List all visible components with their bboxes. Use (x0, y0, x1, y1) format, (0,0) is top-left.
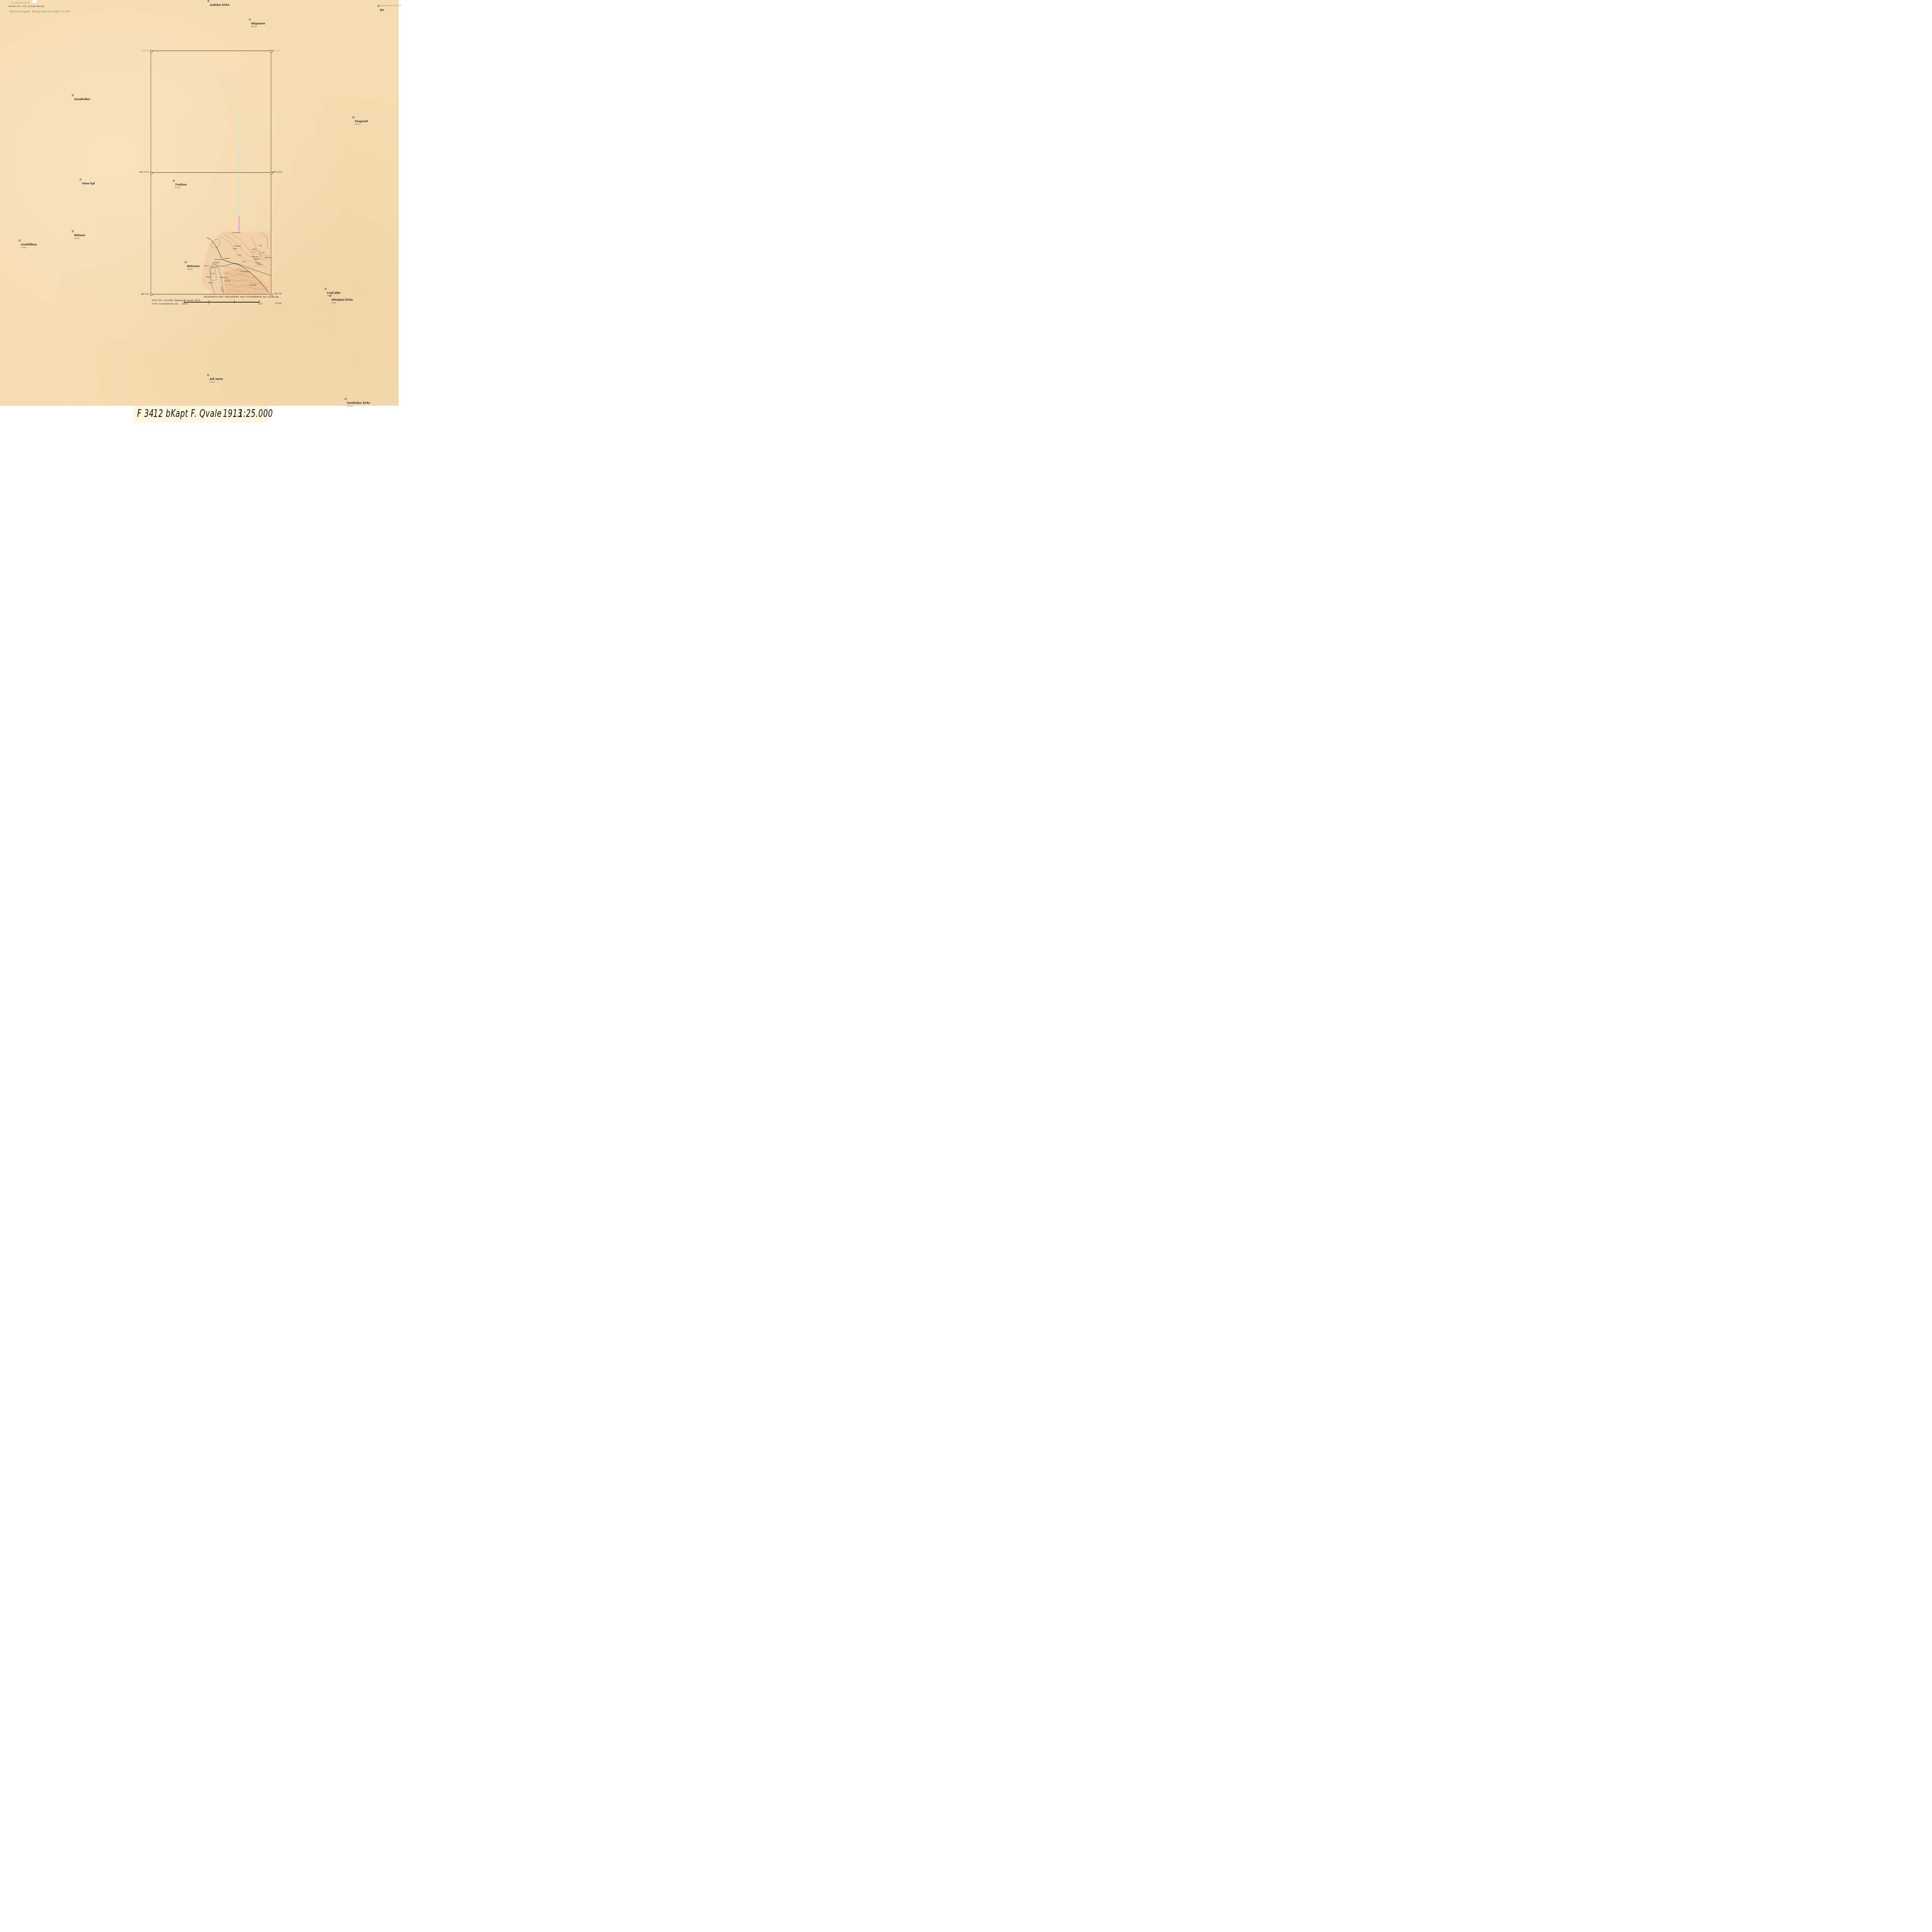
trig-point: Aadalen kirke (207, 0, 230, 7)
map-label: Veksal (253, 259, 258, 260)
scale-label: 0 (208, 303, 209, 305)
map-label: Veksalpl (224, 280, 230, 282)
trig-point: Röisaas453,81 (72, 230, 85, 239)
scale-label: 1000 m (182, 303, 188, 305)
svg-text:*: * (244, 282, 245, 284)
scale-tick (184, 300, 184, 303)
trig-point-icon (80, 179, 82, 180)
trig-point: Högaasen344,14 (249, 19, 265, 27)
trig-point-icon (207, 374, 209, 376)
trig-point-icon (249, 19, 251, 20)
coord-top-left: 60°15' (142, 49, 150, 52)
map-label: Sandaker bro (215, 259, 225, 260)
map-label: Botolfshg (249, 284, 257, 286)
svg-text:*: * (234, 289, 235, 291)
longitude-right: 0°30' (276, 302, 282, 305)
map-label: Halsteinrud (232, 232, 241, 233)
longitude-left: 0°35' vest Kristiania obs. (152, 303, 179, 305)
guide-line-green (239, 106, 239, 228)
coord-bottom-left: 60°10' (141, 293, 149, 296)
map-label: Berget (204, 265, 209, 267)
svg-text:*: * (248, 287, 248, 289)
note-sheet-id: F. 34 fel 12 b (12, 2, 29, 5)
map-label: Broen (210, 273, 215, 274)
trig-point: Ho (378, 5, 384, 12)
svg-text:*: * (236, 280, 237, 282)
note-construction: Konstr. dec. 1912 av Kapt Barlag (9, 5, 44, 8)
trig-point-icon (19, 240, 20, 241)
trig-point-icon (173, 180, 175, 182)
coord-top-right: 60°15' (273, 49, 281, 52)
trig-point: Tveitaas357,22 (173, 180, 187, 189)
label-sheet-id: F 34 (137, 408, 154, 420)
corner-marker (270, 50, 273, 53)
svg-text:*: * (232, 276, 233, 278)
note-review: Gjennemgaat, fotograferes 8/III-13 AW. - (9, 10, 73, 13)
map-label: Veksalhg (252, 256, 259, 258)
trig-point: Heieraas319,99 (185, 261, 199, 270)
trig-point: Ask taarn103,06 (207, 374, 223, 383)
map-label: Opper (252, 248, 257, 250)
frame-top (151, 51, 271, 51)
trig-point-icon (72, 94, 74, 96)
map-label: Finnesletten (240, 271, 249, 272)
sheet-caption: F34 12b 1:25,000. Kaptein F. Qvale 1913. (152, 299, 201, 302)
frame-middle (151, 172, 271, 173)
map-label: Buringrud (219, 277, 227, 278)
surveyed-map-area: **** **** **** Halsteinrud Helgerud Baal… (201, 229, 271, 294)
coord-mid-right: 60°12,5' (272, 171, 282, 173)
trig-point-icon (72, 230, 74, 232)
map-label: Bakken (224, 258, 230, 259)
scale-label: 2 km (258, 303, 262, 305)
map-label: Solhjem (257, 264, 263, 265)
region-caption: BUSKERUD AMT (RINGERIKE Fgd) NORDERHOV P… (204, 296, 279, 298)
trig-point-icon (185, 261, 187, 263)
map-label: Busundhg (211, 266, 218, 268)
scale-tick (259, 300, 260, 303)
trig-point: Hönefoss kirke92,46 (329, 295, 353, 304)
scale-bar (184, 302, 260, 303)
paper-tear (32, 0, 37, 3)
svg-text:*: * (252, 280, 252, 282)
coord-mid-left: 60°12,5' (139, 171, 150, 173)
corner-marker (150, 172, 153, 174)
sheet-label-strip: F 34 12 b Kapt F. Qvale 1913 1:25.000 (133, 406, 269, 423)
map-label: Hal (259, 245, 262, 247)
svg-text:*: * (255, 289, 256, 291)
map-label: Slepa (206, 276, 210, 278)
map-label: Sandaker (213, 262, 220, 264)
map-label: Lium (261, 252, 265, 253)
label-surveyor: Kapt F. Qvale (171, 408, 222, 420)
trig-point-icon (325, 288, 327, 290)
scale-tick (234, 300, 235, 303)
trig-point: Vaagaard207,21 (352, 116, 368, 125)
svg-text:*: * (238, 286, 239, 287)
scale-label: 1 (234, 303, 235, 305)
trig-point-icon (345, 398, 347, 400)
trig-point: Norderhov kirke127,58 (345, 398, 370, 407)
svg-text:*: * (228, 272, 229, 274)
map-label: Hauga (208, 282, 213, 284)
map-label: Fjeld (238, 254, 242, 256)
scale-tick (209, 300, 209, 303)
map-label: Lund (241, 261, 246, 262)
map-label: Bjerknes (264, 257, 271, 259)
trig-point-icon (378, 5, 379, 7)
coord-bottom-right: 60°10' (274, 293, 282, 295)
frame-bottom (151, 294, 271, 294)
label-sub: 12 b (153, 408, 171, 420)
trig-point-icon (329, 295, 331, 297)
trig-point: Veme kpl (80, 179, 95, 186)
corner-marker (150, 50, 153, 53)
trig-point-icon (207, 0, 209, 2)
trig-point-icon (352, 116, 354, 118)
corner-marker (150, 293, 153, 296)
map-label: Baaler (233, 248, 238, 250)
map-sheet: F. 34 fel 12 b Konstr. dec. 1912 av Kapt… (0, 0, 398, 406)
trig-point: Snauhollen (72, 94, 90, 102)
label-scale: 1:25.000 (238, 408, 273, 420)
svg-text:*: * (230, 284, 231, 286)
trig-point: Gunhildaas553,42 (19, 240, 37, 248)
map-label: Helgerud (234, 245, 241, 247)
svg-text:*: * (240, 274, 241, 276)
